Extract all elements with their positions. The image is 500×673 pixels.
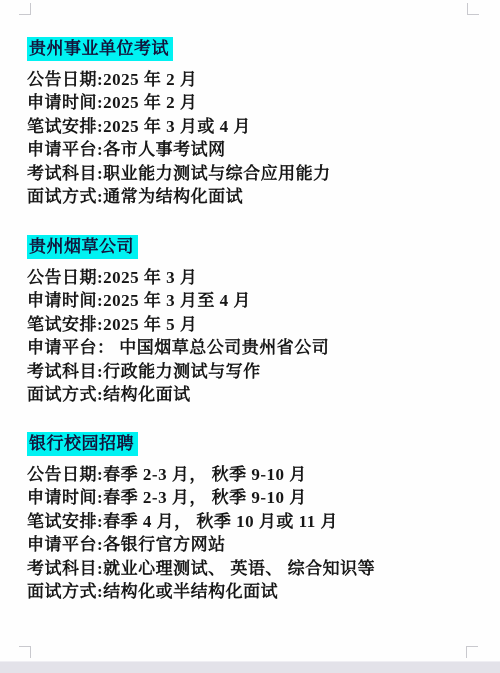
section-title-highlight: 银行校园招聘 [27, 432, 138, 456]
page-corner-mark-top-left [19, 3, 31, 15]
info-line-application-time: 申请时间:2025 年 2 月 [27, 91, 480, 114]
info-line-announcement-date: 公告日期:2025 年 3 月 [27, 266, 480, 289]
page-corner-mark-bottom-right [466, 646, 478, 658]
section-guizhou-institution-exam: 贵州事业单位考试 公告日期:2025 年 2 月 申请时间:2025 年 2 月… [27, 37, 480, 208]
info-line-application-time: 申请时间:2025 年 3 月至 4 月 [27, 289, 480, 312]
info-line-written-exam: 笔试安排:2025 年 5 月 [27, 313, 480, 336]
section-title-highlight: 贵州事业单位考试 [27, 37, 173, 61]
viewer-bottom-bar [0, 661, 500, 673]
info-line-exam-subjects: 考试科目:职业能力测试与综合应用能力 [27, 162, 480, 185]
section-title-highlight: 贵州烟草公司 [27, 235, 138, 259]
section-bank-campus-recruitment: 银行校园招聘 公告日期:春季 2-3 月， 秋季 9-10 月 申请时间:春季 … [27, 432, 480, 603]
info-line-exam-subjects: 考试科目:就业心理测试、 英语、 综合知识等 [27, 557, 480, 580]
info-line-written-exam: 笔试安排:2025 年 3 月或 4 月 [27, 115, 480, 138]
info-line-exam-subjects: 考试科目:行政能力测试与写作 [27, 360, 480, 383]
info-line-application-platform: 申请平台:各市人事考试网 [27, 138, 480, 161]
info-line-application-time: 申请时间:春季 2-3 月， 秋季 9-10 月 [27, 486, 480, 509]
section-lines: 公告日期:2025 年 2 月 申请时间:2025 年 2 月 笔试安排:202… [27, 68, 480, 208]
info-line-written-exam: 笔试安排:春季 4 月， 秋季 10 月或 11 月 [27, 510, 480, 533]
page-corner-mark-top-right [467, 3, 479, 15]
info-line-application-platform: 申请平台： 中国烟草总公司贵州省公司 [27, 336, 480, 359]
info-line-interview-format: 面试方式:结构化或半结构化面试 [27, 580, 480, 603]
info-line-interview-format: 面试方式:结构化面试 [27, 383, 480, 406]
info-line-interview-format: 面试方式:通常为结构化面试 [27, 185, 480, 208]
page-corner-mark-bottom-left [19, 646, 31, 658]
document-page: 贵州事业单位考试 公告日期:2025 年 2 月 申请时间:2025 年 2 月… [0, 0, 500, 673]
info-line-announcement-date: 公告日期:2025 年 2 月 [27, 68, 480, 91]
section-lines: 公告日期:2025 年 3 月 申请时间:2025 年 3 月至 4 月 笔试安… [27, 266, 480, 406]
section-guizhou-tobacco-company: 贵州烟草公司 公告日期:2025 年 3 月 申请时间:2025 年 3 月至 … [27, 235, 480, 406]
info-line-announcement-date: 公告日期:春季 2-3 月， 秋季 9-10 月 [27, 463, 480, 486]
info-line-application-platform: 申请平台:各银行官方网站 [27, 533, 480, 556]
section-lines: 公告日期:春季 2-3 月， 秋季 9-10 月 申请时间:春季 2-3 月， … [27, 463, 480, 603]
